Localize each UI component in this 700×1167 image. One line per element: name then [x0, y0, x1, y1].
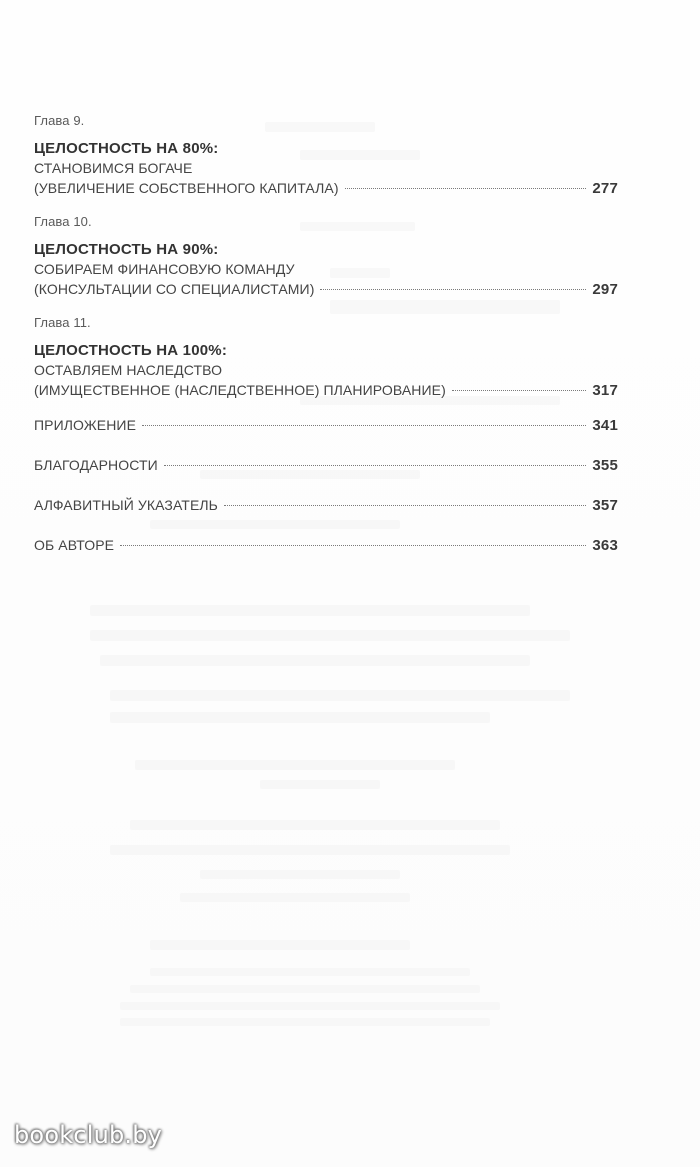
show-through-text [130, 985, 480, 993]
show-through-text [180, 893, 410, 902]
dot-leader [320, 289, 586, 290]
page-number: 355 [592, 456, 618, 476]
chapter-label: Глава 11. [34, 314, 618, 332]
page-number: 363 [592, 536, 618, 556]
show-through-text [150, 968, 470, 976]
dot-leader [164, 465, 587, 466]
chapter-subtitle: (ИМУЩЕСТВЕННОЕ (НАСЛЕДСТВЕННОЕ) ПЛАНИРОВ… [34, 380, 446, 400]
toc-item-title: БЛАГОДАРНОСТИ [34, 455, 158, 475]
show-through-text [200, 870, 400, 879]
dot-leader [142, 425, 586, 426]
page-number: 357 [592, 496, 618, 516]
chapter-subtitle: ОСТАВЛЯЕМ НАСЛЕДСТВО [34, 360, 618, 380]
page-number: 297 [592, 280, 618, 300]
chapter-subtitle-with-page: (УВЕЛИЧЕНИЕ СОБСТВЕННОГО КАПИТАЛА) 277 [34, 178, 618, 199]
toc-item-title: ОБ АВТОРЕ [34, 535, 114, 555]
watermark-logo: bookclub.by [14, 1121, 162, 1149]
show-through-text [110, 712, 490, 723]
dot-leader [452, 390, 587, 391]
chapter-heading: ЦЕЛОСТНОСТЬ НА 90%: [34, 240, 618, 259]
chapter-subtitle: СОБИРАЕМ ФИНАНСОВУЮ КОМАНДУ [34, 259, 618, 279]
page-number: 277 [592, 179, 618, 199]
toc-item-about-author[interactable]: ОБ АВТОРЕ 363 [34, 535, 618, 556]
show-through-text [110, 845, 510, 855]
toc-chapter-9[interactable]: Глава 9. ЦЕЛОСТНОСТЬ НА 80%: СТАНОВИМСЯ … [34, 112, 618, 199]
dot-leader [224, 505, 586, 506]
show-through-text [120, 1018, 490, 1026]
toc-item-appendix[interactable]: ПРИЛОЖЕНИЕ 341 [34, 415, 618, 436]
show-through-text [110, 690, 570, 701]
chapter-subtitle-with-page: (ИМУЩЕСТВЕННОЕ (НАСЛЕДСТВЕННОЕ) ПЛАНИРОВ… [34, 380, 618, 401]
back-matter-list: ПРИЛОЖЕНИЕ 341 БЛАГОДАРНОСТИ 355 АЛФАВИТ… [34, 415, 618, 556]
toc-chapter-11[interactable]: Глава 11. ЦЕЛОСТНОСТЬ НА 100%: ОСТАВЛЯЕМ… [34, 314, 618, 401]
toc-item-index[interactable]: АЛФАВИТНЫЙ УКАЗАТЕЛЬ 357 [34, 495, 618, 516]
book-page: Глава 9. ЦЕЛОСТНОСТЬ НА 80%: СТАНОВИМСЯ … [0, 0, 700, 1167]
toc-item-title: ПРИЛОЖЕНИЕ [34, 415, 136, 435]
show-through-text [260, 780, 380, 789]
show-through-text [130, 820, 500, 830]
page-number: 341 [592, 416, 618, 436]
show-through-text [90, 605, 530, 616]
chapter-label: Глава 9. [34, 112, 618, 130]
show-through-text [150, 940, 410, 950]
page-number: 317 [592, 381, 618, 401]
show-through-text [100, 655, 530, 666]
chapter-heading: ЦЕЛОСТНОСТЬ НА 100%: [34, 341, 618, 360]
chapter-subtitle: (УВЕЛИЧЕНИЕ СОБСТВЕННОГО КАПИТАЛА) [34, 178, 339, 198]
dot-leader [345, 188, 587, 189]
table-of-contents: Глава 9. ЦЕЛОСТНОСТЬ НА 80%: СТАНОВИМСЯ … [34, 112, 618, 575]
show-through-text [120, 1002, 500, 1010]
toc-item-title: АЛФАВИТНЫЙ УКАЗАТЕЛЬ [34, 495, 218, 515]
toc-item-acknowledgements[interactable]: БЛАГОДАРНОСТИ 355 [34, 455, 618, 476]
show-through-text [135, 760, 455, 770]
chapter-subtitle-with-page: (КОНСУЛЬТАЦИИ СО СПЕЦИАЛИСТАМИ) 297 [34, 279, 618, 300]
show-through-text [90, 630, 570, 641]
chapter-subtitle: (КОНСУЛЬТАЦИИ СО СПЕЦИАЛИСТАМИ) [34, 279, 314, 299]
chapter-subtitle: СТАНОВИМСЯ БОГАЧЕ [34, 158, 618, 178]
dot-leader [120, 545, 586, 546]
chapter-label: Глава 10. [34, 213, 618, 231]
toc-chapter-10[interactable]: Глава 10. ЦЕЛОСТНОСТЬ НА 90%: СОБИРАЕМ Ф… [34, 213, 618, 300]
chapter-heading: ЦЕЛОСТНОСТЬ НА 80%: [34, 139, 618, 158]
